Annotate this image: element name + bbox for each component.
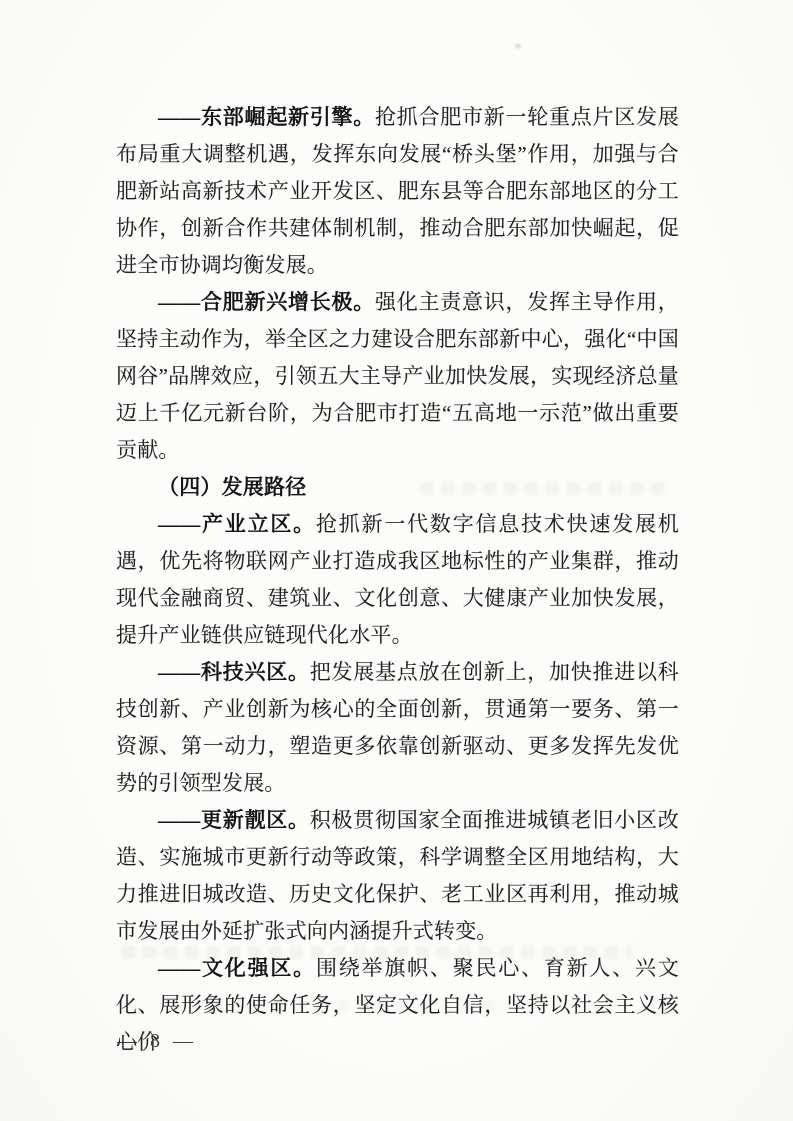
scan-speck [515,44,521,48]
paragraph-text: 强化主责意识，发挥主导作用，坚持主动作为，举全区之力建设合肥东部新中心，强化“中… [116,290,679,462]
paragraph-urban-renewal-district: ——更新靓区。积极贯彻国家全面推进城镇老旧小区改造、实施城市更新行动等政策，科学… [116,802,679,950]
paragraph-east-rise-engine: ——东部崛起新引擎。抢抓合肥市新一轮重点片区发展布局重大调整机遇，发挥东向发展“… [116,99,679,284]
paragraph-culture-district: ——文化强区。围绕举旗帜、聚民心、育新人、兴文化、展形象的使命任务，坚定文化自信… [116,950,679,1061]
paragraph-lead: ——合肥新兴增长极。 [158,290,375,314]
paragraph-science-tech-district: ——科技兴区。把发展基点放在创新上，加快推进以科技创新、产业创新为核心的全面创新… [116,654,679,802]
paragraph-hefei-growth-pole: ——合肥新兴增长极。强化主责意识，发挥主导作用，坚持主动作为，举全区之力建设合肥… [116,284,679,469]
scanned-document-page: ——东部崛起新引擎。抢抓合肥市新一轮重点片区发展布局重大调整机遇，发挥东向发展“… [0,0,793,1121]
paragraph-lead: ——文化强区。 [158,956,316,980]
paragraph-text: 抢抓合肥市新一轮重点片区发展布局重大调整机遇，发挥东向发展“桥头堡”作用，加强与… [116,105,679,277]
paragraph-lead: ——东部崛起新引擎。 [158,105,375,129]
paragraph-lead: ——科技兴区。 [158,660,310,684]
paragraph-industry-district: ——产业立区。抢抓新一代数字信息技术快速发展机遇，优先将物联网产业打造成我区地标… [116,506,679,654]
page-number: — 8 — [117,1026,195,1056]
document-body: ——东部崛起新引擎。抢抓合肥市新一轮重点片区发展布局重大调整机遇，发挥东向发展“… [116,99,679,1061]
paragraph-lead: ——产业立区。 [158,512,316,536]
paragraph-lead: ——更新靓区。 [158,808,310,832]
section-heading-development-path: （四）发展路径 [116,469,679,506]
